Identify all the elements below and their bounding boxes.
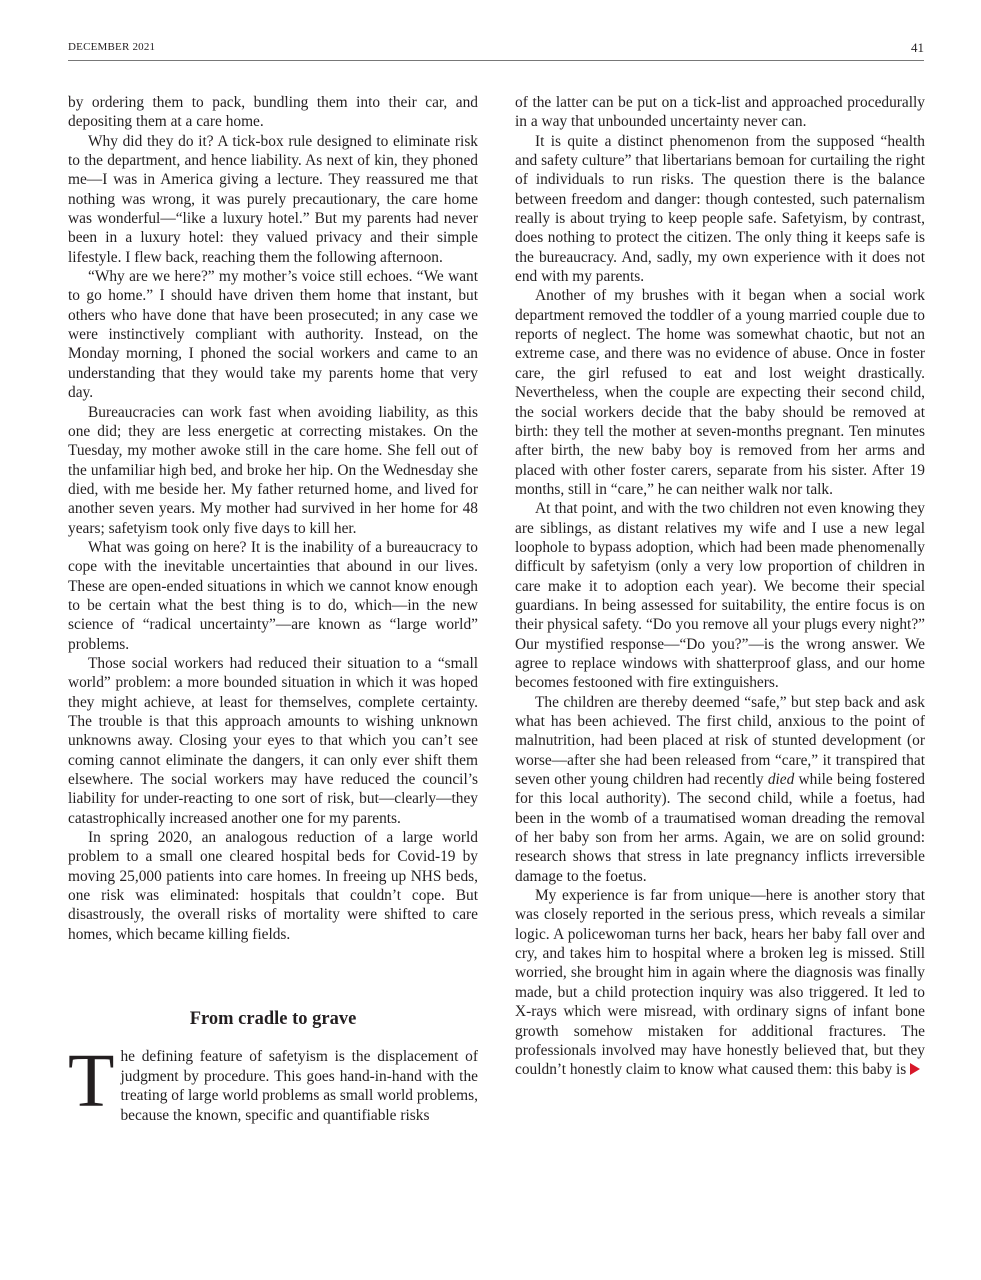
dropcap-paragraph: The defining feature of safetyism is the…	[68, 1047, 478, 1124]
paragraph: Those social workers had reduced their s…	[68, 654, 478, 828]
paragraph: of the latter can be put on a tick-list …	[515, 93, 925, 132]
issue-date: DECEMBER 2021	[68, 41, 155, 53]
continued-triangle-icon	[910, 1063, 920, 1075]
paragraph-text: while being fostered for this local auth…	[515, 771, 925, 885]
page-number: 41	[911, 40, 924, 56]
paragraph-text: My experience is far from unique—here is…	[515, 887, 925, 1078]
right-column: of the latter can be put on a tick-list …	[515, 93, 925, 1080]
paragraph: In spring 2020, an analogous reduction o…	[68, 828, 478, 944]
left-column: by ordering them to pack, bundling them …	[68, 93, 478, 1125]
paragraph: The children are thereby deemed “safe,” …	[515, 693, 925, 886]
dropcap-paragraph-text: he defining feature of safetyism is the …	[120, 1048, 478, 1123]
paragraph: “Why are we here?” my mother’s voice sti…	[68, 267, 478, 402]
paragraph: Another of my brushes with it began when…	[515, 286, 925, 499]
paragraph: It is quite a distinct phenomenon from t…	[515, 132, 925, 287]
paragraph: At that point, and with the two children…	[515, 499, 925, 692]
paragraph: by ordering them to pack, bundling them …	[68, 93, 478, 132]
dropcap-letter: T	[68, 1051, 114, 1111]
italic-emphasis: died	[768, 771, 795, 788]
section-subheading: From cradle to grave	[68, 1010, 478, 1029]
paragraph: Bureaucracies can work fast when avoidin…	[68, 403, 478, 538]
paragraph: What was going on here? It is the inabil…	[68, 538, 478, 654]
paragraph: My experience is far from unique—here is…	[515, 886, 925, 1079]
page-header: DECEMBER 2021 41	[68, 40, 924, 61]
paragraph: Why did they do it? A tick-box rule desi…	[68, 132, 478, 267]
